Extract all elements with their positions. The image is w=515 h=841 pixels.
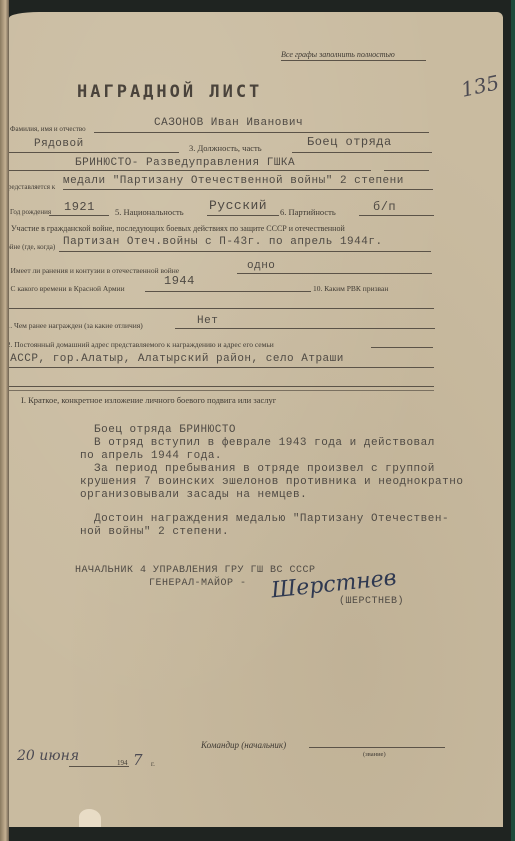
position-cont-line	[9, 170, 371, 171]
year-digit-handwritten: 7	[133, 751, 143, 769]
position-value-cont: БРИНЮСТО- Разведуправления ГШКА	[75, 157, 295, 169]
participation-label-cont: войне (где, когда)	[9, 243, 55, 251]
section-heading: I. Краткое, конкретное изложение личного…	[21, 395, 276, 405]
signatory-name: (ШЕРСТНЕВ)	[339, 596, 404, 607]
award-line	[63, 189, 433, 190]
commander-line	[309, 747, 445, 748]
service-since-label: 9. С какого времени в Красной Армии	[9, 284, 125, 293]
narrative-line: Достоин награждения медалью "Партизану О…	[94, 513, 449, 526]
wounds-line	[237, 273, 432, 274]
archive-folder-edge	[511, 0, 515, 841]
header-note-underline	[281, 60, 426, 61]
date-handwritten: 20 июня	[17, 748, 79, 764]
year-prefix: 194	[117, 759, 128, 767]
address-line-2	[9, 386, 434, 387]
wounds-value: одно	[247, 260, 275, 272]
rank-value: Рядовой	[34, 138, 84, 150]
name-line	[94, 132, 429, 133]
service-since-line-2	[241, 291, 311, 292]
participation-value: Партизан Отеч.войны с П-43г. по апрель 1…	[63, 236, 383, 248]
position-line	[292, 152, 432, 153]
section-divider	[9, 390, 434, 391]
rvk-label: 10. Каким РВК призван	[313, 284, 388, 293]
document-title: НАГРАДНОЙ ЛИСТ	[77, 82, 262, 102]
nationality-value: Русский	[209, 198, 267, 213]
prior-awards-value: Нет	[197, 315, 218, 327]
participation-line	[59, 251, 431, 252]
rank-hint: (звание)	[363, 751, 386, 758]
header-note: Все графы заполнить полностью	[281, 50, 395, 59]
award-sheet-page: Все графы заполнить полностью 135 НАГРАД…	[9, 12, 503, 827]
birth-year-line	[49, 215, 109, 216]
paper-tear	[79, 809, 101, 827]
address-line	[9, 367, 434, 368]
address-value: ЧАССР, гор.Алатыр, Алатырский район, сел…	[9, 353, 344, 365]
participation-label: 7. Участие в гражданской войне, последую…	[9, 224, 345, 233]
party-line	[359, 215, 434, 216]
book-binding	[0, 0, 9, 841]
position-value: Боец отряда	[307, 135, 392, 149]
nationality-line	[207, 215, 279, 216]
wounds-label: 8. Имеет ли ранения и контузии в отечест…	[9, 266, 179, 275]
name-label: 1. Фамилия, имя и отчество	[9, 125, 86, 133]
narrative-line: по апрель 1944 года.	[80, 450, 222, 463]
service-since-line	[145, 291, 241, 292]
prior-awards-label: 11. Чем ранее награжден (за какие отличи…	[9, 321, 143, 330]
commander-label: Командир (начальник)	[201, 740, 286, 750]
narrative-line: Боец отряда БРИНЮСТО	[94, 424, 236, 437]
party-label: 6. Партийность	[280, 207, 336, 217]
signatory-rank: ГЕНЕРАЛ-МАЙОР -	[149, 578, 247, 589]
address-label-line	[371, 347, 433, 348]
narrative-line: организовывали засады на немцев.	[80, 489, 307, 502]
address-label: 12. Постоянный домашний адрес представля…	[9, 340, 274, 349]
party-value: б/п	[373, 200, 396, 214]
narrative-line: В отряд вступил в феврале 1943 года и де…	[94, 437, 435, 450]
narrative-line: За период пребывания в отряде произвел с…	[94, 463, 435, 476]
position-label: 3. Должность, часть	[189, 143, 262, 153]
rank-line	[9, 152, 179, 153]
year-end: г.	[151, 760, 155, 768]
narrative-line: крушения 7 воинских эшелонов противника …	[80, 476, 463, 489]
award-value: медали "Партизану Отечественной войны" 2…	[63, 175, 404, 187]
rvk-line	[9, 308, 434, 309]
narrative-line: ной войны" 2 степени.	[80, 526, 229, 539]
signatory-title: НАЧАЛЬНИК 4 УПРАВЛЕНИЯ ГРУ ГШ ВС СССР	[75, 565, 316, 576]
birth-year-label: 4. Год рождения	[9, 208, 51, 216]
service-since-value: 1944	[164, 274, 195, 288]
nationality-label: 5. Национальность	[115, 207, 184, 217]
archive-page-number: 135	[459, 70, 501, 101]
award-label: Представляется к	[9, 183, 55, 191]
birth-year-value: 1921	[64, 200, 95, 214]
position-cont-line-2	[384, 170, 429, 171]
prior-awards-line	[175, 328, 435, 329]
name-value: САЗОНОВ Иван Иванович	[154, 117, 303, 129]
